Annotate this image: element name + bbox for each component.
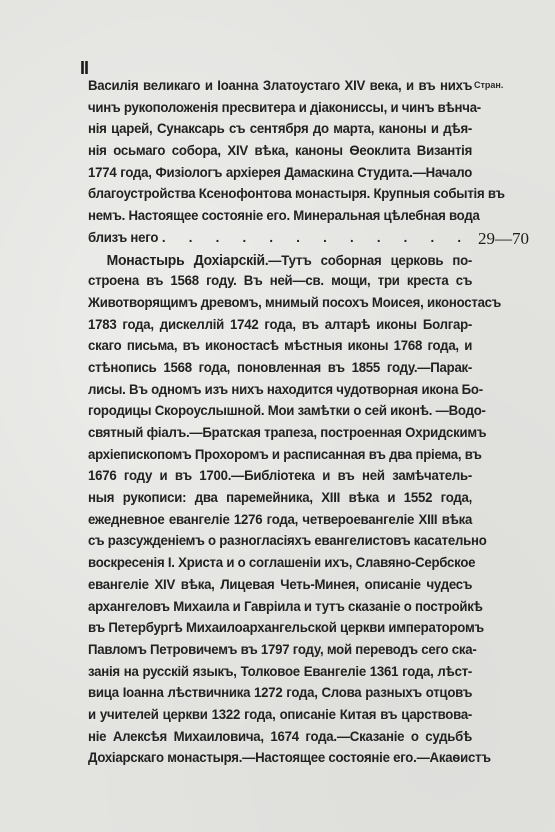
text-line: Павломъ Петровичемъ въ 1797 году, мой пе… bbox=[88, 640, 472, 662]
leader-dots: . . . . . . . . . . . . . . . . . . . . bbox=[158, 228, 472, 250]
table-of-contents-text: Василія великаго и Іоанна Златоустаго XI… bbox=[88, 76, 472, 770]
leader-line: близъ него . . . . . . . . . . . . . . .… bbox=[88, 228, 472, 250]
text-line: Василія великаго и Іоанна Златоустаго XI… bbox=[88, 76, 472, 98]
text-line: строена въ 1568 году. Въ ней—св. мощи, т… bbox=[88, 271, 472, 293]
entry-heading-line: Монастырь Дохіарскій.—Тутъ соборная церк… bbox=[88, 250, 472, 272]
entry-heading-rest: .—Тутъ соборная церковь по- bbox=[265, 253, 472, 269]
text-line: и учителей церкви 1322 года, описаніе Ки… bbox=[88, 705, 472, 727]
leader-text: близъ него bbox=[88, 228, 158, 250]
text-line: ныя рукописи: два паремейника, XIII вѣка… bbox=[88, 488, 472, 510]
text-line: 1676 году и въ 1700.—Библіотека и въ ней… bbox=[88, 466, 472, 488]
text-line: архіепископомъ Прохоромъ и расписанная в… bbox=[88, 445, 472, 467]
text-line: 1783 года, дискеллій 1742 года, въ алтар… bbox=[88, 315, 472, 337]
text-line: стѣнопись 1568 года, поновленная въ 1855… bbox=[88, 358, 472, 380]
text-line: съ разсужденіемъ о разногласіяхъ евангел… bbox=[88, 531, 472, 553]
text-line: Дохіарскаго монастыря.—Настоящее состоян… bbox=[88, 748, 472, 770]
text-line: благоустройства Ксенофонтова монастыря. … bbox=[88, 184, 472, 206]
text-line: чинъ рукоположенія пресвитера и діаконис… bbox=[88, 98, 472, 120]
text-line: святный фіалъ.—Братская трапеза, построе… bbox=[88, 423, 472, 445]
text-line: нія царей, Сунаксарь съ сентября до март… bbox=[88, 119, 472, 141]
text-line: евангеліе XIV вѣка, Лицевая Четь-Минея, … bbox=[88, 575, 472, 597]
text-line: ніе Алексѣя Михаиловича, 1674 года.—Сказ… bbox=[88, 727, 472, 749]
text-line: Животворящимъ древомъ, мнимый посохъ Мои… bbox=[88, 293, 472, 315]
toc-entry-dochiariou: Монастырь Дохіарскій.—Тутъ соборная церк… bbox=[88, 250, 472, 771]
text-line: лисы. Въ одномъ изъ нихъ находится чудот… bbox=[88, 380, 472, 402]
page-range: 29—70 bbox=[478, 229, 529, 249]
text-line: городицы Скороуслышной. Мои замѣтки о се… bbox=[88, 401, 472, 423]
text-line: въ Петербургѣ Михаилоархангельской церкв… bbox=[88, 618, 472, 640]
entry-heading: Монастырь Дохіарскій bbox=[107, 252, 265, 269]
text-line: ежедневное евангеліе 1276 года, четверое… bbox=[88, 510, 472, 532]
toc-entry-xenophon: Василія великаго и Іоанна Златоустаго XI… bbox=[88, 76, 472, 250]
page-number: II bbox=[80, 58, 88, 79]
text-line: архангеловъ Михаила и Гавріила и тутъ ск… bbox=[88, 597, 472, 619]
text-line: 1774 года, Физіологъ архіерея Дамаскина … bbox=[88, 163, 472, 185]
margin-header-pages: Стран. bbox=[474, 80, 503, 90]
text-line: вица Іоанна лѣствичника 1272 года, Слова… bbox=[88, 683, 472, 705]
book-page: II Стран. Василія великаго и Іоанна Злат… bbox=[0, 0, 555, 832]
text-line: занія на русскій языкъ, Толковое Евангел… bbox=[88, 662, 472, 684]
text-line: нія осьмаго собора, XIV вѣка, каноны Ѳео… bbox=[88, 141, 472, 163]
text-line: скаго письма, въ иконостасѣ мѣстныя икон… bbox=[88, 336, 472, 358]
text-line: немъ. Настоящее состояніе его. Минеральн… bbox=[88, 206, 472, 228]
text-line: воскресенія І. Христа и о соглашеніи ихъ… bbox=[88, 553, 472, 575]
